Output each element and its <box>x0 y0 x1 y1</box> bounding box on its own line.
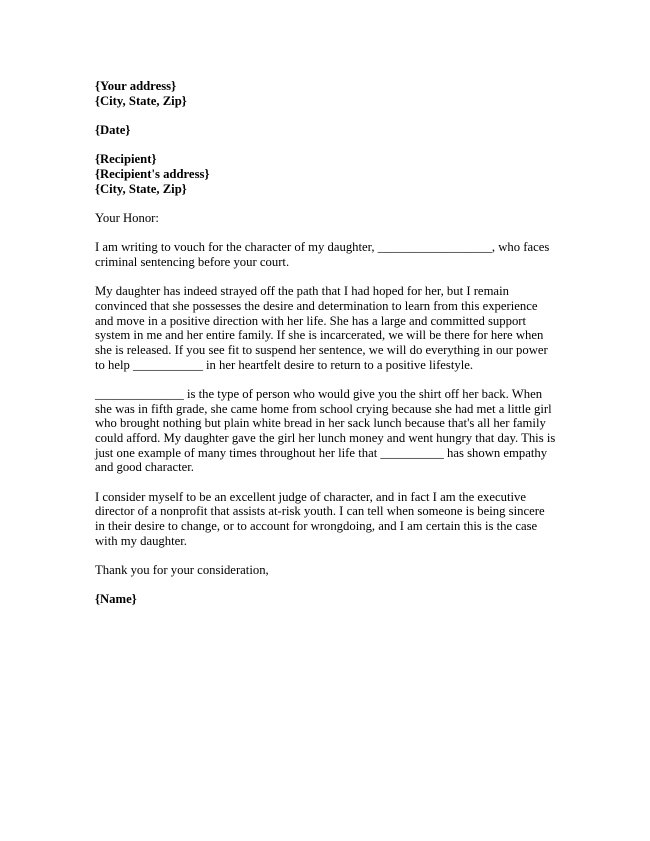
sender-address-block: {Your address} {City, State, Zip} <box>95 79 556 108</box>
body-paragraph-2: My daughter has indeed strayed off the p… <box>95 284 556 372</box>
recipient-address-line: {Recipient's address} <box>95 167 556 182</box>
sender-address-line: {Your address} <box>95 79 556 94</box>
signature-placeholder: {Name} <box>95 592 556 607</box>
body-paragraph-1: I am writing to vouch for the character … <box>95 240 556 269</box>
recipient-address-block: {Recipient} {Recipient's address} {City,… <box>95 152 556 196</box>
date-block: {Date} <box>95 123 556 138</box>
date-line: {Date} <box>95 123 556 138</box>
sender-city-state-zip-line: {City, State, Zip} <box>95 94 556 109</box>
document-page: {Your address} {City, State, Zip} {Date}… <box>0 0 650 841</box>
recipient-city-state-zip-line: {City, State, Zip} <box>95 182 556 197</box>
closing-line: Thank you for your consideration, <box>95 563 556 578</box>
salutation: Your Honor: <box>95 211 556 226</box>
recipient-name-line: {Recipient} <box>95 152 556 167</box>
body-paragraph-3: ______________ is the type of person who… <box>95 387 556 475</box>
body-paragraph-4: I consider myself to be an excellent jud… <box>95 490 556 549</box>
